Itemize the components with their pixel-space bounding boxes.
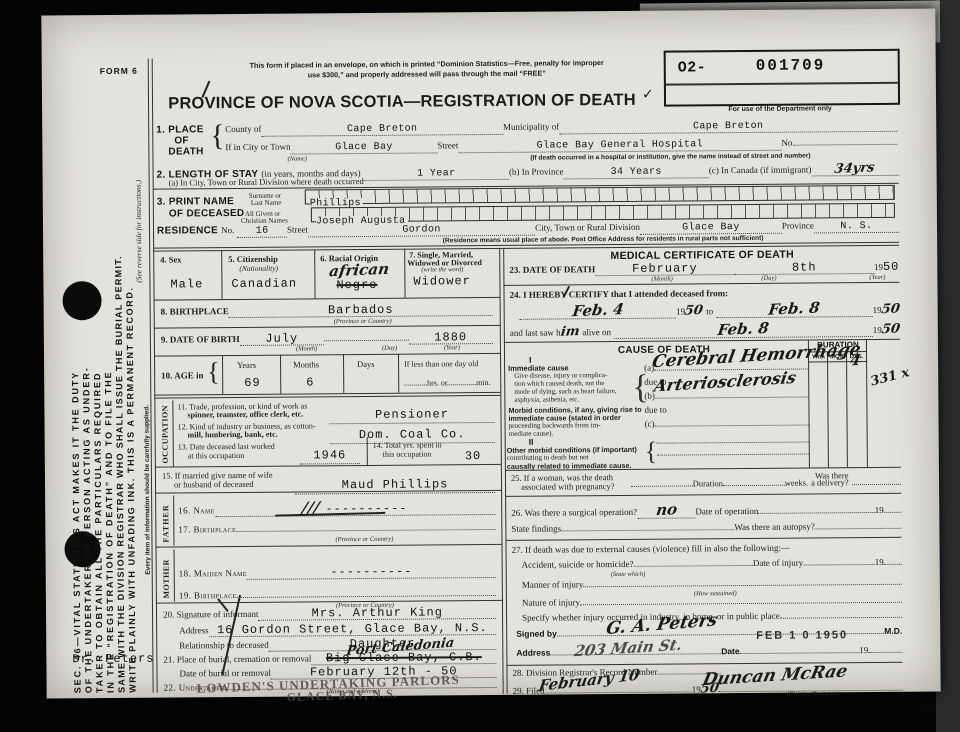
dob-year: 1880 (434, 330, 467, 344)
operation-date-label: Date of operation (695, 506, 758, 517)
street-value: Glace Bay General Hospital (537, 139, 704, 151)
age-years-label: Years (237, 361, 256, 371)
residence-label: RESIDENCE (157, 225, 218, 236)
pregnancy-duration-label: Duration (693, 479, 723, 489)
s1-brace: { (210, 121, 225, 151)
age-hrs-label: hrs. or (427, 378, 448, 387)
father-vertical-label: FATHER (161, 504, 170, 542)
date-of-death-label: 23. DATE OF DEATH (509, 264, 595, 275)
date-label: Date (721, 647, 740, 656)
age-months-value: 6 (306, 376, 314, 388)
punch-hole-top (62, 281, 101, 320)
department-caption: For use of the Department only (664, 105, 896, 115)
burial-place-label: 21. Place of burial, cremation or remova… (163, 653, 311, 665)
mother-birthplace-label: 19. Birthplace (179, 590, 237, 601)
age-less-one-day-label: If less than one day old (404, 359, 479, 369)
s1-label: DEATH (168, 146, 203, 157)
registration-number-prefix: O2- (678, 60, 706, 75)
year-prefix: 19 (875, 505, 884, 515)
dob-day-subnote: (Day) (382, 346, 397, 353)
registration-number-box: O2- 001709 (664, 49, 900, 107)
year-prefix: 19 (859, 645, 868, 655)
total-years-label2: this occupation (383, 449, 432, 459)
weeks-label: weeks. (785, 479, 808, 489)
death-year-subnote: (Year) (869, 275, 885, 282)
death-day: 8th (792, 260, 817, 274)
alive-on-label: alive on (582, 327, 611, 338)
division-registrar-subnote: (Division Registrar) (787, 691, 840, 698)
residence-province-label: Province (782, 220, 814, 231)
informant-relationship-label: Relationship to deceased (179, 640, 269, 651)
trade-value: Pensioner (375, 407, 449, 422)
death-year: 50 (883, 261, 900, 273)
external-causes-label: 27. If death was due to external causes … (512, 543, 790, 556)
injury-date-label: Date of injury (753, 558, 804, 569)
registration-number: 001709 (756, 57, 826, 74)
envelope-note-line2: use $300,” and properly addressed will p… (192, 69, 662, 81)
residence-province-value: N. S. (840, 221, 872, 232)
form-number: FORM 6 (100, 67, 138, 77)
dob-month-subnote: (Month) (296, 346, 317, 353)
residence-city-label: City, Town or Rural Division (535, 222, 640, 233)
sex-label: 4. Sex (160, 255, 181, 265)
death-month-subnote: (Month) (651, 277, 672, 284)
total-years-value: 30 (465, 450, 482, 462)
last-saw-date: Feb. 8 (717, 321, 770, 338)
death-year-prefix: 19 (874, 262, 883, 272)
attended-from-year: 50 (684, 304, 704, 318)
due-to-label: due to (644, 405, 666, 416)
surname-label: Last Name (251, 199, 282, 207)
birthplace-value: Barbados (328, 303, 394, 318)
margin-code-331x: 331 x (869, 366, 910, 388)
age-brace: { (207, 359, 220, 385)
residence-no-label: No. (221, 225, 234, 235)
autopsy-label: Was there an autopsy? (734, 521, 815, 532)
birthplace-label: 8. BIRTHPLACE (161, 306, 229, 317)
last-worked-value: 1946 (313, 448, 346, 462)
accident-label: Accident, suicide or homicide? (522, 559, 634, 570)
filed-year-hw: 50 (700, 682, 720, 696)
racial-origin-typed-struck: Negro (336, 279, 377, 291)
residence-no-value: 16 (256, 226, 269, 237)
attended-to-year: 50 (881, 302, 901, 316)
citizenship-subnote: (Nationality) (239, 265, 278, 273)
municipality-value: Cape Breton (693, 121, 764, 133)
marital-value: Widower (413, 275, 471, 287)
father-name-label: 16. Name (178, 505, 215, 516)
county-value: Cape Breton (347, 124, 418, 136)
stay-city-value: 1 Year (417, 168, 455, 179)
last-saw-label: and last saw h (510, 327, 561, 338)
father-birthplace-label: 17. Birthplace (178, 524, 236, 535)
attended-to-date: Feb. 8 (768, 301, 821, 318)
surname-grid: Phillips (305, 185, 895, 205)
informant-address-label: Address (179, 625, 209, 636)
city-name-subnote: (Name) (287, 156, 307, 163)
s3-label: OF DECEASED (169, 208, 245, 220)
delivery-label2: a delivery? (811, 478, 849, 488)
stay-province-value: 34 Years (611, 167, 662, 178)
racial-origin-handwritten: african (328, 262, 390, 280)
last-saw-year: 50 (881, 322, 901, 336)
nature-label: Nature of injury (522, 597, 580, 608)
findings-label: State findings (511, 523, 561, 534)
stay-canada-label: (c) In Canada (if immigrant) (709, 164, 812, 175)
birthplace-subnote: (Province or Country) (334, 319, 392, 326)
informant-value: Mrs. Arthur King (312, 605, 443, 620)
mother-maiden-label: 18. Maiden Name (179, 568, 247, 579)
stay-province-label: (b) In Province (509, 166, 564, 177)
operation-label: 26. Was there a surgical operation? (511, 507, 637, 518)
s3-label: 3. PRINT NAME (157, 196, 234, 208)
industry-label2: mill, lumbering, bank, etc. (188, 430, 278, 440)
municipality-label: Municipality of (503, 121, 559, 132)
form-title: PROVINCE OF NOVA SCOTIA—REGISTRATION OF … (162, 91, 642, 114)
age-min-label: min. (476, 378, 491, 387)
s1-label: 1. PLACE (156, 124, 204, 135)
s1-label: OF (174, 135, 189, 146)
to-label: to (706, 306, 713, 316)
sex-value: Male (170, 278, 203, 290)
margin-dr-peters: Dr. Peters (72, 653, 154, 666)
dob-year-subnote: (Year) (444, 345, 460, 352)
last-worked-label2: at this occupation (188, 451, 245, 461)
residence-street-value: Gordon (402, 224, 440, 235)
undertaker-stamp-line2: GLACE BAY, N.S. (286, 686, 398, 705)
signed-by-label: Signed by (516, 629, 557, 639)
age-days-label: Days (357, 360, 375, 370)
burial-date-label: Date of burial or removal (179, 668, 271, 679)
md-label: M.D. (884, 627, 902, 636)
marital-subnote: (write the word) (421, 267, 463, 274)
age-label: 10. AGE in (161, 370, 203, 381)
checkmark: ✓ (642, 87, 654, 103)
date-received-stamp: FEB 1 0 1950 (756, 629, 848, 642)
father-birthplace-subnote: (Province or Country) (335, 537, 393, 544)
street-no-label: No. (781, 138, 794, 148)
pregnancy-label2: associated with pregnancy? (521, 482, 615, 492)
death-registration-form: SEC. 46—VITAL STATISTICS ACT MAKES IT TH… (41, 8, 940, 698)
burial-place-typed-struck: Big Glace Bay, C.B. (326, 650, 482, 665)
attended-from-date: Feb. 4 (571, 302, 624, 319)
mother-maiden-typed: ---------- (330, 565, 412, 580)
manner-label: Manner of injury (522, 579, 584, 590)
age-months-label: Months (293, 360, 319, 370)
mother-vertical-label: MOTHER (162, 559, 171, 599)
given-names-grid: Joseph Augusta (311, 203, 895, 223)
dob-label: 9. DATE OF BIRTH (161, 334, 240, 345)
physician-address-label: Address (516, 649, 550, 659)
certify-label: 24. I HEREBY CERTIFY that I attended dec… (510, 288, 729, 300)
trade-label2: spinner, teamster, office clerk, etc. (187, 409, 303, 419)
age-years-value: 69 (244, 377, 260, 389)
death-day-subnote: (Day) (761, 276, 776, 283)
stay-canada-value: 34yrs (834, 161, 876, 176)
citizenship-value: Canadian (231, 278, 297, 291)
immediate-note: asphyxia, asthenia, etc. (514, 395, 579, 404)
filed-label: 29. Filed (513, 686, 545, 697)
informant-address-value: 16 Gordon Street, Glace Bay, N.S. (217, 621, 488, 637)
occupation-vertical-label: OCCUPATION (160, 405, 170, 464)
margin-reverse-note: (See reverse side for instructions.) (134, 180, 144, 283)
informant-label: 20. Signature of informant (163, 609, 259, 620)
county-label: County of (225, 124, 261, 135)
death-month: February (632, 261, 698, 276)
cause-c-label: (c) (645, 419, 655, 429)
state-which-subnote: (State which) (611, 572, 646, 579)
dob-month: July (265, 332, 298, 346)
operation-value-no: no (655, 502, 678, 518)
spouse-label2: or husband of deceased (174, 480, 254, 490)
residence-city-value: Glace Bay (682, 222, 740, 233)
city-town-value: Glace Bay (335, 142, 393, 153)
year-prefix: 19 (875, 557, 884, 567)
cause-a-duration-days: 4 (849, 353, 861, 368)
margin-statute-line: WRITE PLAINLY WITH UNFADING INK. THIS IS… (124, 286, 137, 692)
residence-street-label: Street (287, 224, 308, 235)
city-town-label: If in City or Town (225, 142, 290, 153)
street-label: Street (437, 140, 458, 151)
last-saw-him: im (560, 325, 581, 339)
